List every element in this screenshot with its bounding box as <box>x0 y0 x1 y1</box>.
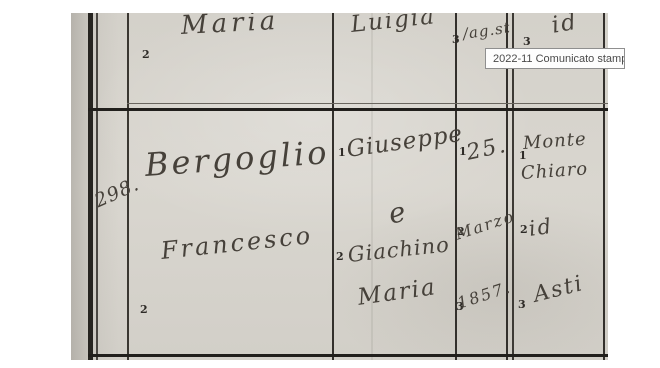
handwriting-place-1a: Monte <box>522 131 587 153</box>
page: 2 3 3 2 1 2 1 2 3 1 2 3 Maria Luigia /ag… <box>0 0 660 368</box>
table-rule-h-bottom <box>88 354 608 357</box>
table-rule-margin-thick <box>88 13 93 360</box>
printed-date-label-top: 3 <box>452 34 460 45</box>
handwriting-place-3: Asti <box>531 273 586 307</box>
handwriting-date-day: 25. <box>465 135 510 165</box>
handwriting-place-top: id <box>550 13 580 38</box>
printed-place-label-2: 2 <box>520 224 528 235</box>
handwriting-place-2: id <box>528 216 555 240</box>
printed-index-top: 2 <box>142 49 150 60</box>
handwriting-flourish: e <box>386 197 410 228</box>
table-rule-h1-thin <box>127 103 608 104</box>
handwriting-margin-number: 298. <box>92 175 142 211</box>
handwriting-given-1: Giuseppe <box>345 123 464 162</box>
hover-tooltip: 2022-11 Comunicato stampa LE <box>485 48 625 69</box>
printed-index-main: 2 <box>140 304 148 315</box>
handwriting-father: Francesco <box>160 223 314 263</box>
tooltip-text: 2022-11 Comunicato stampa LE <box>486 50 625 69</box>
handwriting-given-top: Luigia <box>350 13 437 37</box>
printed-given-label-1: 1 <box>338 147 346 158</box>
handwriting-place-1b: Chiaro <box>520 160 588 183</box>
handwriting-name-top: Maria <box>180 13 280 39</box>
handwriting-given-3: Maria <box>356 276 438 310</box>
printed-given-label-2: 2 <box>336 251 344 262</box>
handwriting-given-2: Giachino <box>347 234 451 266</box>
printed-place-label-top: 3 <box>523 36 531 47</box>
table-rule-h1-thick <box>88 108 608 111</box>
handwriting-date-top: /ag.st <box>462 20 512 42</box>
table-rule-margin-thin <box>96 13 98 360</box>
table-rule-v3 <box>332 13 334 360</box>
handwriting-date-year: 1857. <box>456 279 514 311</box>
printed-place-label-3: 3 <box>518 299 526 310</box>
handwriting-surname: Bergoglio <box>144 136 331 181</box>
